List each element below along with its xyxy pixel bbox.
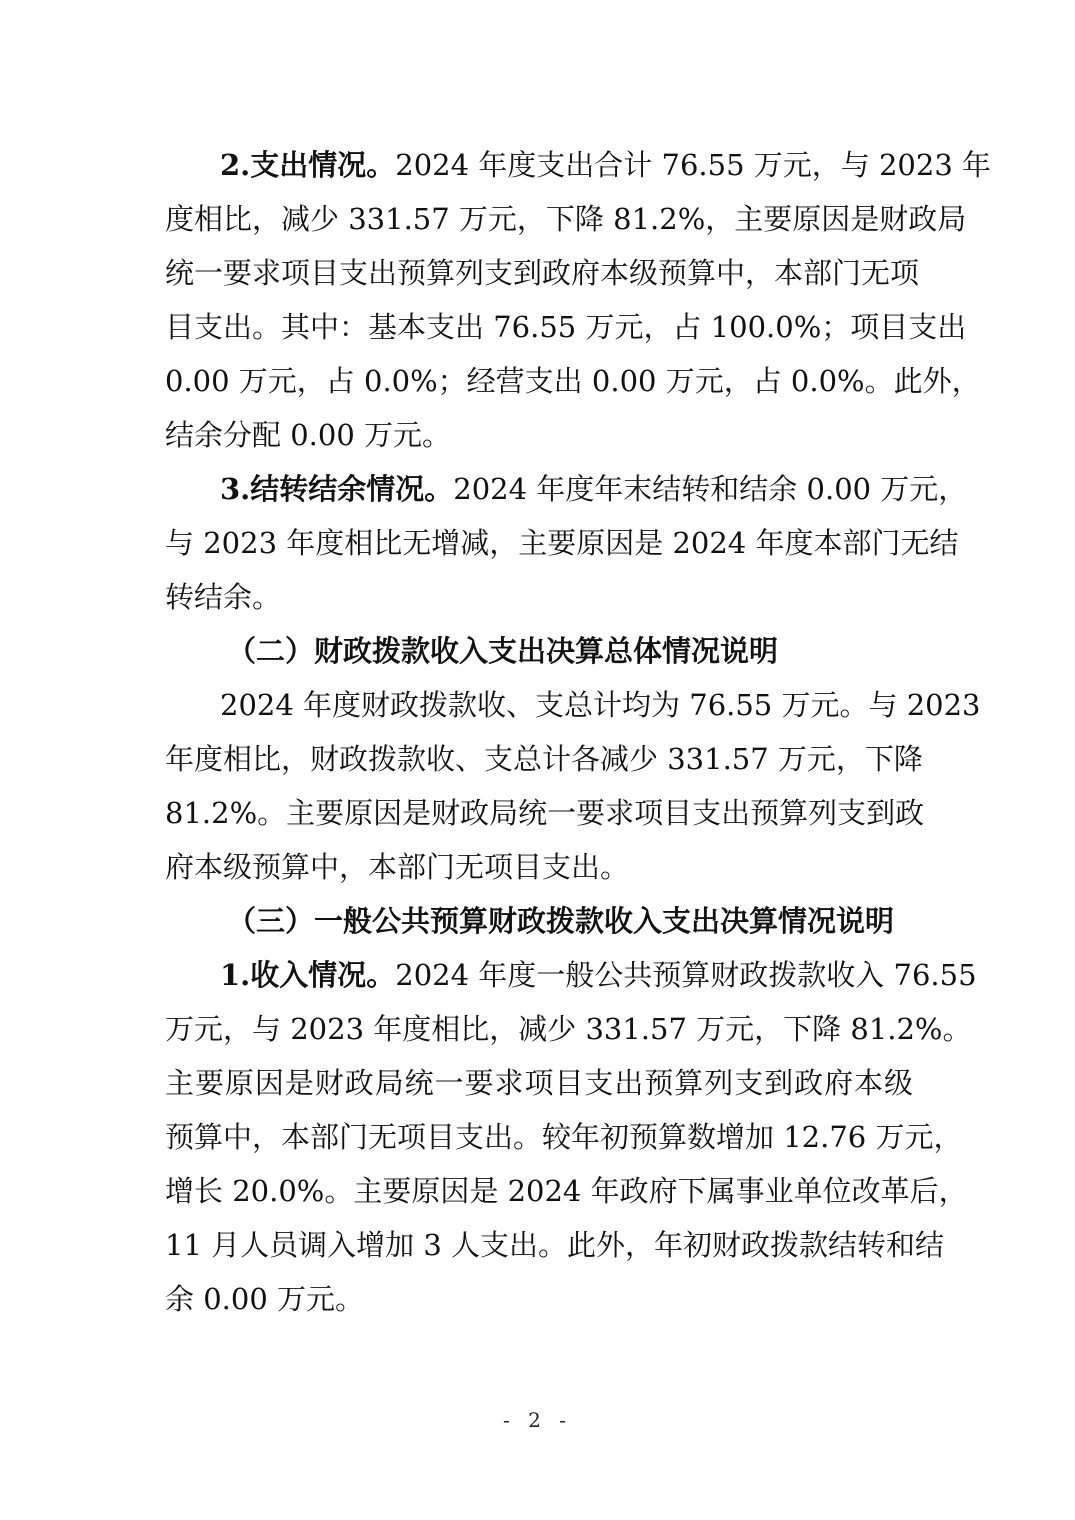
paragraph-line: 11 月人员调入增加 3 人支出。此外，年初财政拨款结转和结 bbox=[165, 1218, 913, 1272]
paragraph-line: 2024 年度财政拨款收、支总计均为 76.55 万元。与 2023 bbox=[220, 678, 913, 732]
text: 2024 年度支出合计 76.55 万元，与 2023 年 bbox=[395, 148, 991, 182]
paragraph-line: 结余分配 0.00 万元。 bbox=[165, 408, 913, 462]
paragraph-line: 增长 20.0%。主要原因是 2024 年政府下属事业单位改革后， bbox=[165, 1164, 913, 1218]
section-heading-3: （三）一般公共预算财政拨款收入支出决算情况说明 bbox=[227, 894, 894, 948]
paragraph-line: 预算中，本部门无项目支出。较年初预算数增加 12.76 万元， bbox=[165, 1110, 913, 1164]
paragraph-line: 年度相比，财政拨款收、支总计各减少 331.57 万元，下降 bbox=[165, 732, 913, 786]
text: 2024 年度一般公共预算财政拨款收入 76.55 bbox=[395, 958, 976, 992]
paragraph-line: 府本级预算中，本部门无项目支出。 bbox=[165, 840, 913, 894]
paragraph-line: 81.2%。主要原因是财政局统一要求项目支出预算列支到政 bbox=[165, 786, 913, 840]
paragraph-line: 目支出。其中：基本支出 76.55 万元，占 100.0%；项目支出 bbox=[165, 300, 913, 354]
paragraph-line: 万元，与 2023 年度相比，减少 331.57 万元，下降 81.2%。 bbox=[165, 1002, 913, 1056]
paragraph-line: 转结余。 bbox=[165, 570, 913, 624]
paragraph-line: 1.收入情况。2024 年度一般公共预算财政拨款收入 76.55 bbox=[220, 948, 913, 1002]
paragraph-line: 0.00 万元，占 0.0%；经营支出 0.00 万元，占 0.0%。此外， bbox=[165, 354, 913, 408]
text: 2024 年度年末结转和结余 0.00 万元， bbox=[453, 472, 967, 506]
paragraph-line: 余 0.00 万元。 bbox=[165, 1272, 913, 1326]
paragraph-line: 2.支出情况。2024 年度支出合计 76.55 万元，与 2023 年 bbox=[220, 138, 913, 192]
section-label-expenditure: 2.支出情况。 bbox=[220, 148, 395, 182]
section-label-income: 1.收入情况。 bbox=[220, 958, 395, 992]
paragraph-line: 3.结转结余情况。2024 年度年末结转和结余 0.00 万元， bbox=[220, 462, 913, 516]
paragraph-line: 与 2023 年度相比无增减，主要原因是 2024 年度本部门无结 bbox=[165, 516, 913, 570]
section-label-carryover: 3.结转结余情况。 bbox=[220, 472, 453, 506]
paragraph-line: 主要原因是财政局统一要求项目支出预算列支到政府本级 bbox=[165, 1056, 913, 1110]
paragraph-line: 统一要求项目支出预算列支到政府本级预算中，本部门无项 bbox=[165, 246, 913, 300]
paragraph-line: 度相比，减少 331.57 万元，下降 81.2%，主要原因是财政局 bbox=[165, 192, 913, 246]
section-heading-2: （二）财政拨款收入支出决算总体情况说明 bbox=[227, 624, 778, 678]
page-number: - 2 - bbox=[0, 1408, 1075, 1432]
